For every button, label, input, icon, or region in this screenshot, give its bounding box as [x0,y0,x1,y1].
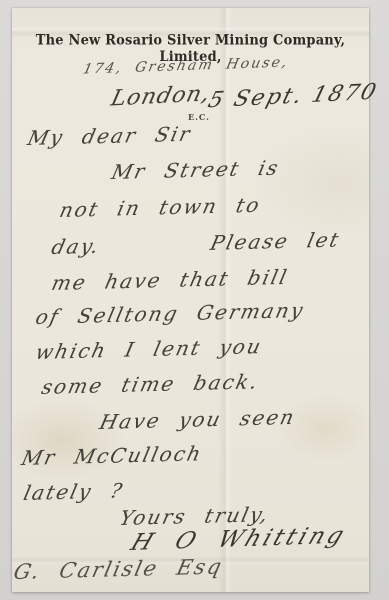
letterhead-city: London, [108,81,213,111]
body-line: Have you seen [97,405,298,434]
body-line: day. Please let [49,228,342,259]
letterhead-postal-district: E.C. [188,112,210,122]
salutation: My dear Sir [25,122,194,150]
body-line: not in town to [57,193,263,222]
body-line: Mr McCulloch [19,441,205,470]
body-line: of Selltong Germany [33,298,307,329]
body-line: lately ? [21,478,126,505]
body-line: Mr Street is [109,156,282,184]
letter-paper: The New Rosario Silver Mining Company, L… [12,8,369,592]
body-line: me have that bill [49,265,290,295]
addressee: G. Carlisle Esq [11,555,225,584]
